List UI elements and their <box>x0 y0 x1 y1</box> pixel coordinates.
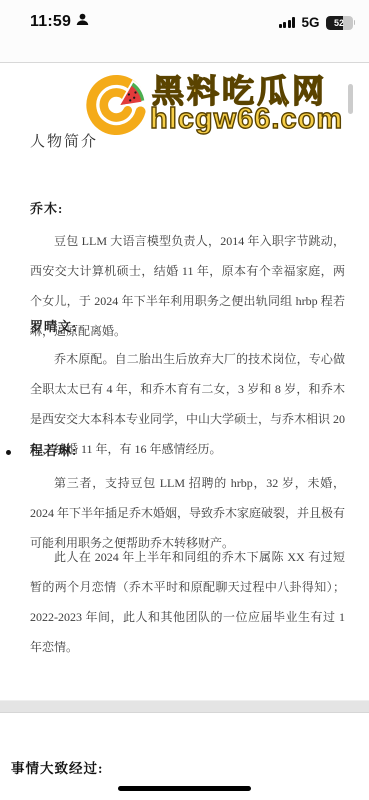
watermark-site-url: hlcgw66.com <box>150 103 343 136</box>
section-heading-chengruolin: 程若琳: <box>30 440 77 459</box>
next-section-heading: 事情大致经过: <box>11 757 104 777</box>
status-bar: 11:59 5G 52 <box>0 0 369 63</box>
scrollbar-thumb[interactable] <box>348 84 353 114</box>
section-heading-luoqingwen: 罗晴文: <box>30 316 77 335</box>
home-indicator[interactable] <box>118 786 251 791</box>
section-heading-qiaomu: 乔木: <box>30 198 63 217</box>
cellular-signal-icon <box>279 17 296 28</box>
section-paragraph: 此人在 2024 年上半年和同组的乔木下属陈 XX 有过短暂的两个月恋情（乔木平… <box>30 542 345 662</box>
clock: 11:59 <box>30 13 71 31</box>
battery-icon: 52 <box>326 16 353 30</box>
battery-tip <box>354 20 356 25</box>
battery-percent: 52 <box>326 16 353 30</box>
page-break-divider <box>0 700 369 713</box>
margin-bullet-dot <box>6 450 11 455</box>
page-title: 人物简介 <box>30 130 98 151</box>
network-type: 5G <box>301 15 319 30</box>
focus-person-icon <box>76 13 89 31</box>
